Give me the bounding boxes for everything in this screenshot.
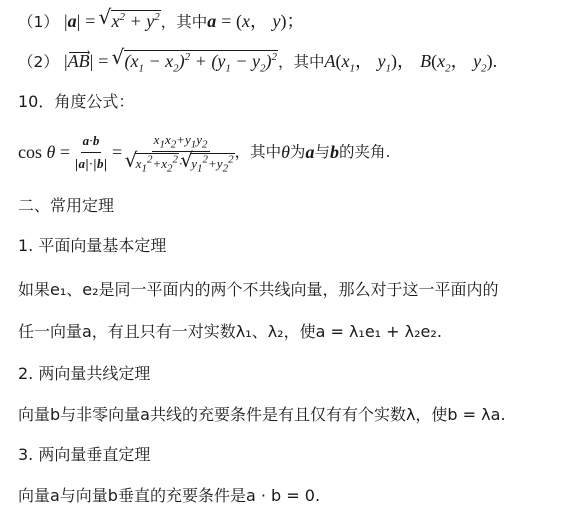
fraction-dot-over-magnitudes: a·b |a|·|b| <box>75 131 108 174</box>
sqrt-expression: (x1 − x2)2 + (y1 − y2)2 <box>114 50 278 72</box>
theorem-title: 3. 两向量垂直定理 <box>18 445 150 465</box>
theorem-title: 2. 两向量共线定理 <box>18 364 150 384</box>
formula-distance: （2） |AB| = (x1 − x2)2 + (y1 − y2)2，其中A(x… <box>18 50 497 72</box>
theorem-body: 向量b与非零向量a共线的充要条件是有且仅有有个实数λ，使b = λa. <box>18 405 506 425</box>
theorem-title: 1. 平面向量基本定理 <box>18 236 166 256</box>
sqrt-expression: x2 + y2 <box>101 10 161 32</box>
section-heading: 二、常用定理 <box>18 196 114 216</box>
abs-vector-a: |a| <box>64 11 80 31</box>
formula-label: （1） <box>18 13 59 31</box>
formula-label: （2） <box>18 53 59 71</box>
section-heading: 10．角度公式： <box>18 92 134 112</box>
fraction-coordinates: x1x2+y1y2 x12+x22·y12+y22 <box>127 130 235 174</box>
theorem-body: 向量a与向量b垂直的充要条件是a · b = 0. <box>18 486 320 506</box>
formula-angle: cos θ = a·b |a|·|b| = x1x2+y1y2 x12+x22·… <box>18 132 390 172</box>
theorem-body: 如果e₁、e₂是同一平面内的两个不共线向量，那么对于这一平面内的 <box>18 280 499 300</box>
formula-magnitude-vector: （1） |a| = x2 + y2，其中a = (x， y)； <box>18 10 304 32</box>
theorem-body: 任一向量a，有且只有一对实数λ₁、λ₂，使a = λ₁e₁ + λ₂e₂. <box>18 322 442 342</box>
